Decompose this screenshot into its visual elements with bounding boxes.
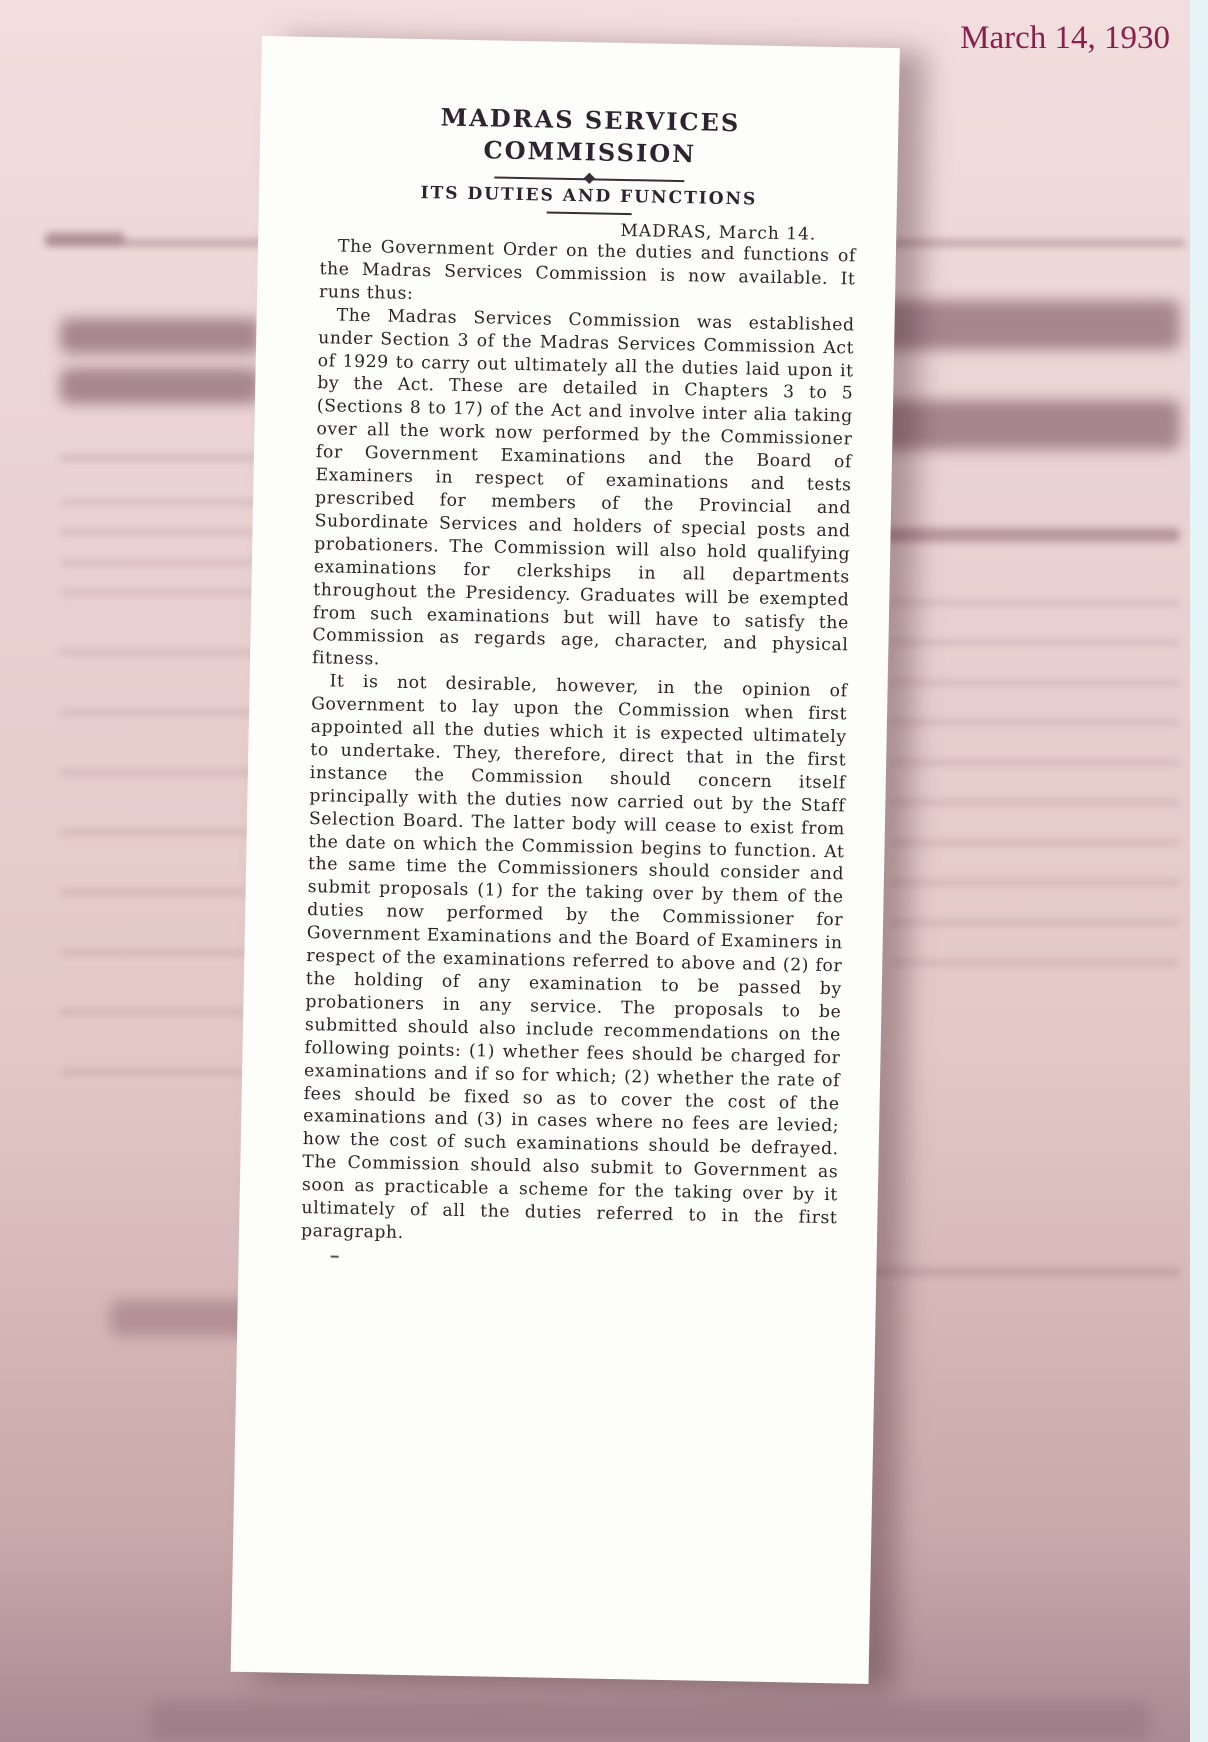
blurred-text xyxy=(890,960,1180,965)
ornament-divider xyxy=(494,176,684,182)
blurred-text xyxy=(890,600,1180,605)
blurred-text xyxy=(890,840,1180,845)
blurred-bottom-band xyxy=(150,1700,1150,1740)
blurred-text xyxy=(60,590,260,595)
blurred-text xyxy=(890,880,1180,885)
blurred-text xyxy=(890,720,1180,725)
blurred-text xyxy=(60,500,260,505)
short-divider xyxy=(546,211,631,215)
blurred-text xyxy=(890,760,1180,765)
paragraph: The Government Order on the duties and f… xyxy=(319,235,856,314)
blurred-headline-left xyxy=(60,318,260,354)
page-edge xyxy=(1190,0,1208,1742)
blurred-text xyxy=(60,650,260,655)
blurred-subhead-right xyxy=(870,528,1180,542)
blurred-text xyxy=(60,950,260,955)
blurred-text xyxy=(60,560,260,565)
blurred-text xyxy=(60,1070,260,1075)
paragraph: It is not desirable, however, in the opi… xyxy=(301,670,848,1253)
blurred-text xyxy=(60,770,260,775)
blurred-rule xyxy=(870,1268,1180,1276)
paragraph: The Madras Services Commission was estab… xyxy=(312,304,855,681)
blurred-text xyxy=(60,710,260,715)
blurred-text xyxy=(60,1010,260,1015)
blurred-text xyxy=(60,530,260,535)
end-mark xyxy=(331,1255,339,1257)
blurred-headline-left xyxy=(60,368,260,404)
blurred-text xyxy=(890,920,1180,925)
article-body: The Government Order on the duties and f… xyxy=(301,235,856,1253)
blurred-text xyxy=(60,455,260,461)
headline: MADRAS SERVICES COMMISSION xyxy=(322,99,859,173)
blurred-text xyxy=(60,890,260,895)
date-stamp: March 14, 1930 xyxy=(960,20,1170,57)
blurred-text xyxy=(890,680,1180,685)
blurred-text xyxy=(60,830,260,835)
blurred-text xyxy=(890,640,1180,645)
newspaper-clipping: MADRAS SERVICES COMMISSION ITS DUTIES AN… xyxy=(231,36,900,1684)
blurred-headline-right xyxy=(880,400,1180,450)
subheadline: ITS DUTIES AND FUNCTIONS xyxy=(321,181,857,211)
blurred-text xyxy=(890,800,1180,805)
